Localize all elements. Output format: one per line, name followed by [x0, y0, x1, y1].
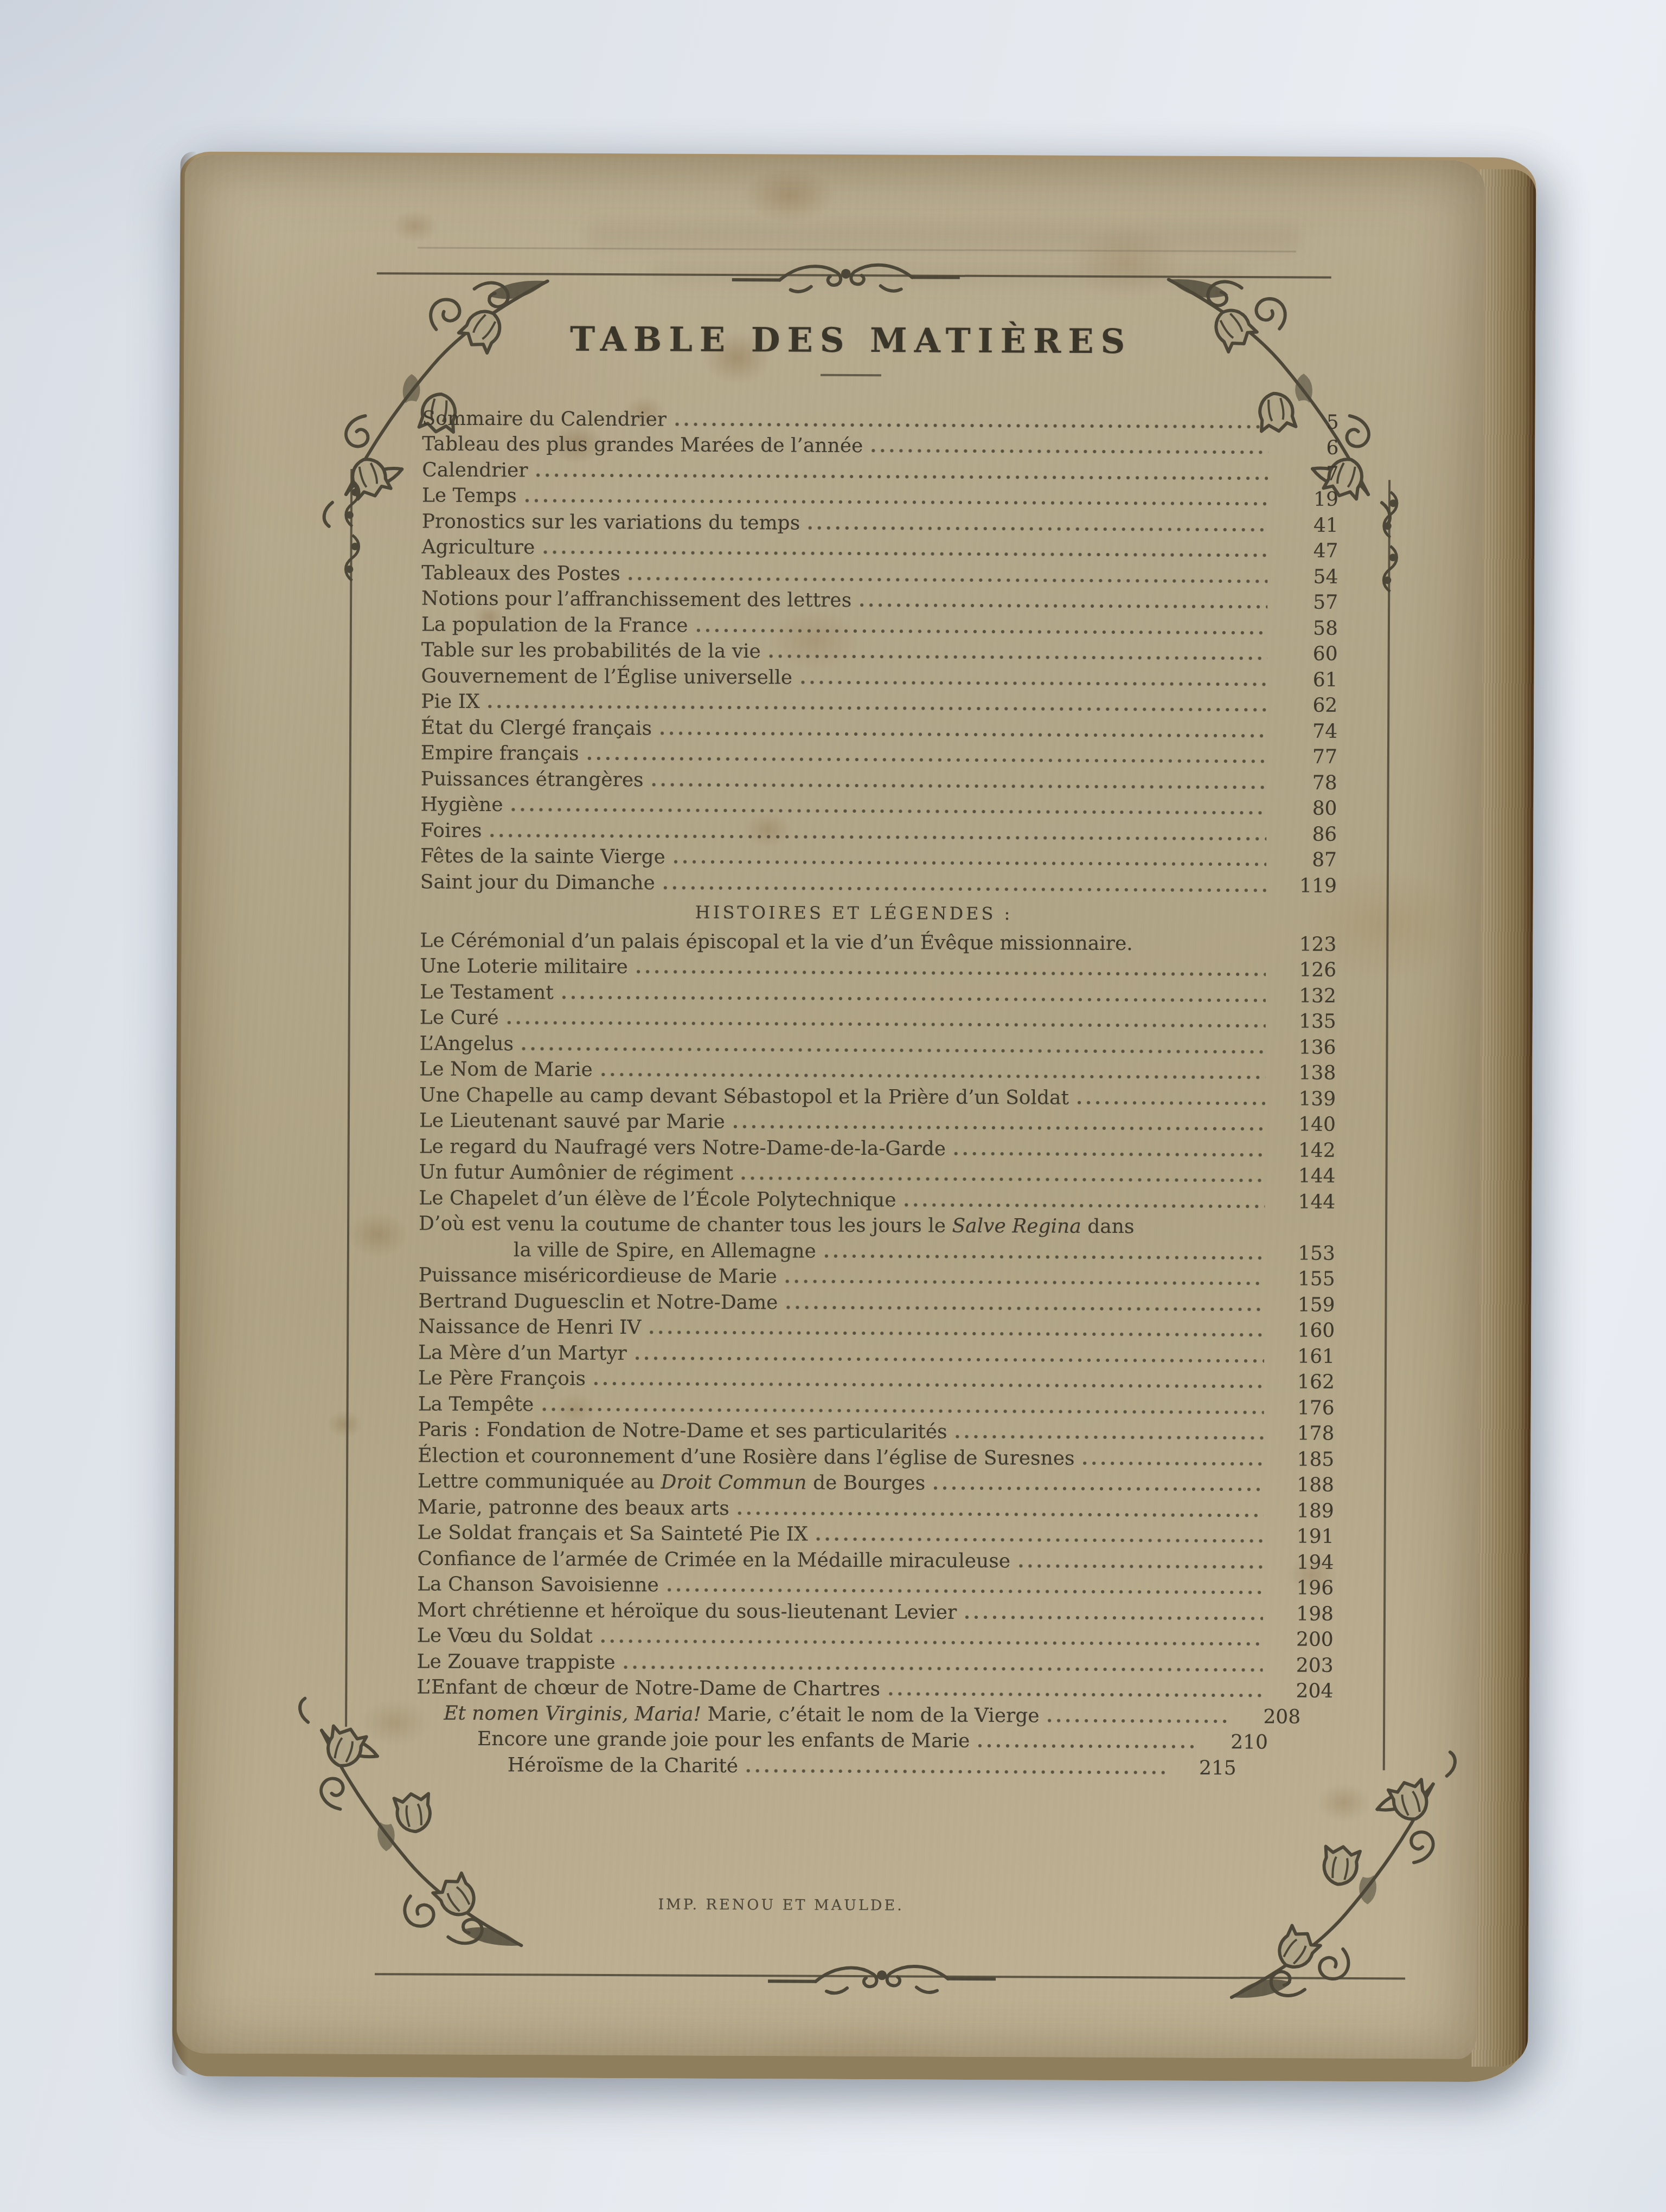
- page-number: 200: [1270, 1630, 1334, 1651]
- dot-leader: [858, 602, 1267, 609]
- entry-label: Naissance de Henri IV: [418, 1317, 641, 1339]
- dot-leader: [1017, 1563, 1263, 1570]
- entry-label: Et nomen Virginis, Maria! Marie, c’était…: [444, 1703, 1040, 1727]
- entry-label: Gouvernement de l’Église universelle: [421, 666, 792, 689]
- page-number: 139: [1272, 1089, 1336, 1110]
- page-number: 41: [1274, 515, 1338, 536]
- dot-leader: [505, 1020, 1266, 1028]
- entry-label: Hygiène: [420, 795, 503, 816]
- entry-label: Puissance miséricordieuse de Marie: [419, 1265, 777, 1288]
- chain-ornament-icon: [1379, 492, 1402, 544]
- dot-leader: [662, 885, 1266, 893]
- book-page: TABLE DES MATIÈRES Sommaire du Calendrie…: [176, 155, 1484, 2059]
- entry-label: Le Nom de Marie: [419, 1059, 593, 1081]
- toc-entry: Agriculture 47: [421, 532, 1338, 562]
- entry-label: Saint jour du Dimanche: [420, 872, 655, 894]
- dot-leader: [869, 448, 1268, 455]
- toc-entry: Lettre communiquée au Droit Commun de Bo…: [418, 1467, 1334, 1496]
- toc-entry: Le Vœu du Soldat 200: [417, 1621, 1334, 1651]
- page-number: 159: [1271, 1295, 1335, 1316]
- entry-label: Le Cérémonial d’un palais épiscopal et l…: [420, 930, 1133, 955]
- page-number: 6: [1274, 438, 1338, 459]
- dot-leader: [1046, 1718, 1231, 1724]
- entry-label: Table sur les probabilités de la vie: [421, 640, 761, 663]
- page-number: 132: [1272, 986, 1336, 1007]
- toc-entry: Mort chrétienne et héroïque du sous-lieu…: [417, 1596, 1334, 1625]
- toc-entry: L’Enfant de chœur de Notre-Dame de Chart…: [416, 1673, 1333, 1702]
- dot-leader: [520, 1046, 1266, 1054]
- entry-label: Encore une grande joie pour les enfants …: [477, 1729, 970, 1752]
- page-number: 54: [1274, 567, 1338, 588]
- toc-entry: Une Loterie militaire 126: [420, 951, 1336, 981]
- dot-leader: [784, 1278, 1265, 1286]
- entry-label: Marie, patronne des beaux arts: [418, 1497, 729, 1519]
- dot-leader: [648, 1329, 1264, 1338]
- frame-rule: [1383, 480, 1391, 1770]
- page-number: 62: [1273, 695, 1337, 716]
- entry-label: Mort chrétienne et héroïque du sous-lieu…: [417, 1600, 957, 1623]
- entry-label: Fêtes de la sainte Vierge: [420, 846, 665, 869]
- page-number: 80: [1273, 798, 1337, 819]
- page-number: 86: [1273, 824, 1337, 845]
- dot-leader: [488, 833, 1266, 841]
- page-number: 162: [1271, 1372, 1335, 1393]
- entry-label: Le Zouave trappiste: [417, 1651, 616, 1673]
- dot-leader: [954, 1434, 1264, 1441]
- title-divider: [821, 374, 881, 376]
- toc-entry: L’Angelus 136: [419, 1029, 1336, 1059]
- dot-leader: [1081, 1460, 1264, 1466]
- toc-entry: La Mère d’un Martyr 161: [418, 1338, 1335, 1368]
- dot-leader: [635, 969, 1266, 977]
- entry-label: Puissances étrangères: [421, 769, 644, 791]
- frame-rule: [345, 469, 353, 1727]
- page-number: 208: [1236, 1707, 1300, 1728]
- toc-entry: Le Curé 135: [420, 1003, 1336, 1033]
- toc-entry: Puissances étrangères 78: [421, 764, 1337, 794]
- entry-label: Le Temps: [422, 486, 517, 507]
- toc-entry: Le Testament 132: [420, 978, 1336, 1007]
- page-number: 153: [1271, 1243, 1335, 1264]
- page-number: 138: [1272, 1063, 1336, 1084]
- entry-label: Pronostics sur les variations du temps: [422, 511, 800, 534]
- page-number: 7: [1274, 464, 1338, 485]
- page-number: 144: [1271, 1166, 1335, 1187]
- page-number: 194: [1270, 1552, 1334, 1573]
- dot-leader: [732, 1124, 1265, 1131]
- entry-label: Paris : Fondation de Notre-Dame et ses p…: [418, 1420, 947, 1443]
- dot-leader: [799, 679, 1267, 687]
- entry-label: Élection et couronnement d’une Rosière d…: [418, 1445, 1074, 1469]
- toc-entry: Pronostics sur les variations du temps 4…: [422, 507, 1338, 537]
- page-number: 19: [1274, 489, 1338, 510]
- dot-leader: [622, 1664, 1263, 1673]
- entry-label: Bertrand Duguesclin et Notre-Dame: [418, 1291, 778, 1314]
- page-number: 5: [1275, 412, 1339, 433]
- page-number: 119: [1273, 876, 1337, 897]
- entry-label: la ville de Spire, en Allemagne: [514, 1240, 816, 1262]
- toc-entry: La Chanson Savoisienne 196: [417, 1570, 1334, 1599]
- page-number: 210: [1204, 1732, 1268, 1753]
- toc-entry: Table sur les probabilités de la vie 60: [421, 635, 1338, 665]
- entry-label: D’où est venu la coutume de chanter tous…: [419, 1214, 1134, 1238]
- dot-leader: [823, 1253, 1265, 1261]
- toc-entry: La Tempête 176: [418, 1390, 1335, 1419]
- toc-entry: Sommaire du Calendrier 5: [422, 404, 1339, 434]
- photo-background: TABLE DES MATIÈRES Sommaire du Calendrie…: [0, 0, 1666, 2212]
- page-number: 176: [1271, 1398, 1335, 1419]
- page-number: 126: [1272, 960, 1336, 981]
- toc-entry: D’où est venu la coutume de chanter tous…: [419, 1209, 1335, 1239]
- chain-ornament-icon: [1378, 546, 1402, 598]
- page-number: 144: [1271, 1192, 1335, 1213]
- entry-label: Le Testament: [420, 982, 554, 1004]
- toc-entry: Le Temps 19: [422, 481, 1338, 511]
- page-number: 87: [1273, 850, 1337, 871]
- dot-leader: [745, 1768, 1166, 1775]
- entry-label: Tableau des plus grandes Marées de l’ann…: [422, 434, 863, 457]
- toc-entry: Bertrand Duguesclin et Notre-Dame 159: [418, 1287, 1335, 1316]
- toc-entry: Héroïsme de la Charité 215: [416, 1750, 1333, 1780]
- toc-entry: Le Père François 162: [418, 1364, 1335, 1393]
- entry-label: La Mère d’un Martyr: [418, 1342, 627, 1365]
- page-number: 136: [1272, 1037, 1336, 1058]
- toc-entry: Le regard du Naufragé vers Notre-Dame-de…: [419, 1132, 1336, 1162]
- page-number: 135: [1272, 1012, 1336, 1033]
- entry-label: L’Enfant de chœur de Notre-Dame de Chart…: [416, 1677, 880, 1701]
- page-number: 77: [1273, 747, 1337, 768]
- entry-label: État du Clergé français: [421, 717, 652, 740]
- dot-leader: [523, 498, 1268, 506]
- toc-entry: Paris : Fondation de Notre-Dame et ses p…: [418, 1415, 1334, 1445]
- toc-entry: Le Nom de Marie 138: [419, 1054, 1336, 1084]
- entry-label: Lettre communiquée au Droit Commun de Bo…: [418, 1471, 925, 1495]
- page-number: 140: [1272, 1115, 1336, 1136]
- dot-leader: [534, 472, 1268, 481]
- dot-leader: [740, 1175, 1265, 1183]
- entry-label: Une Loterie militaire: [420, 956, 628, 979]
- chain-ornament-icon: [341, 481, 364, 533]
- dot-leader: [541, 549, 1267, 558]
- toc-entry: Et nomen Virginis, Maria! Marie, c’était…: [416, 1699, 1333, 1728]
- entry-label: Le Vœu du Soldat: [417, 1626, 593, 1648]
- toc-entry: État du Clergé français 74: [421, 713, 1337, 743]
- entry-label: Calendrier: [422, 460, 528, 481]
- entry-label: Sommaire du Calendrier: [422, 408, 667, 430]
- toc-list: Sommaire du Calendrier 5 Tableau des plu…: [416, 404, 1339, 1780]
- entry-label: Le Curé: [420, 1008, 499, 1030]
- page-number: 155: [1271, 1269, 1335, 1290]
- toc-entry: Le Soldat français et Sa Sainteté Pie IX…: [418, 1518, 1334, 1548]
- toc-entry: Encore une grande joie pour les enfants …: [416, 1724, 1333, 1754]
- dot-leader: [672, 859, 1266, 867]
- page-number: 189: [1270, 1501, 1334, 1522]
- entry-label: Le Soldat français et Sa Sainteté Pie IX: [418, 1523, 808, 1546]
- dot-leader: [599, 1072, 1265, 1080]
- dot-leader: [560, 994, 1266, 1003]
- dot-leader: [932, 1486, 1264, 1493]
- page-number: 160: [1271, 1321, 1335, 1342]
- dot-leader: [767, 653, 1267, 661]
- entry-label: La population de la France: [421, 614, 688, 636]
- entry-label: Notions pour l’affranchissement des lett…: [421, 589, 851, 612]
- dot-leader: [627, 576, 1268, 584]
- dot-leader: [540, 1406, 1264, 1415]
- toc-entry: La population de la France 58: [421, 610, 1338, 640]
- toc-content: TABLE DES MATIÈRES Sommaire du Calendrie…: [416, 319, 1340, 1780]
- toc-entry: Naissance de Henri IV 160: [418, 1312, 1335, 1342]
- dot-leader: [815, 1536, 1264, 1544]
- toc-entry: Gouvernement de l’Église universelle 61: [421, 661, 1337, 691]
- page-number: 161: [1271, 1346, 1335, 1367]
- entry-label: Héroïsme de la Charité: [508, 1755, 739, 1777]
- page-number: 74: [1273, 721, 1337, 742]
- dot-leader: [486, 704, 1267, 712]
- dot-leader: [658, 730, 1267, 738]
- page-number: 215: [1172, 1758, 1236, 1779]
- entry-label: Confiance de l’armée de Crimée en la Méd…: [417, 1548, 1010, 1572]
- dot-leader: [592, 1381, 1264, 1389]
- entry-label: La Chanson Savoisienne: [417, 1574, 659, 1597]
- page-number: 60: [1274, 644, 1338, 665]
- page-number: 191: [1270, 1527, 1334, 1548]
- toc-entry: Fêtes de la sainte Vierge 87: [420, 841, 1337, 871]
- entry-label: Le Chapelet d’un élève de l’École Polyte…: [419, 1188, 896, 1211]
- toc-entry: Élection et couronnement d’une Rosière d…: [418, 1441, 1334, 1471]
- page-number: 57: [1274, 592, 1338, 613]
- toc-entry: Marie, patronne des beaux arts 189: [418, 1493, 1334, 1522]
- dot-leader: [952, 1150, 1265, 1158]
- entry-label: Pie IX: [421, 692, 480, 713]
- dot-leader: [976, 1743, 1197, 1750]
- dot-leader: [650, 782, 1267, 790]
- entry-label: Le regard du Naufragé vers Notre-Dame-de…: [419, 1136, 946, 1160]
- page-number: 47: [1274, 541, 1338, 562]
- page-title: TABLE DES MATIÈRES: [393, 318, 1309, 362]
- page-number: 188: [1270, 1475, 1334, 1496]
- dot-leader: [633, 1355, 1264, 1364]
- entry-label: L’Angelus: [419, 1033, 514, 1055]
- page-number: 198: [1270, 1604, 1334, 1625]
- toc-entry: Saint jour du Dimanche 119: [420, 867, 1337, 897]
- bellflower-ornament-icon: [1223, 1748, 1479, 2031]
- toc-entry: Confiance de l’armée de Crimée en la Méd…: [417, 1544, 1334, 1574]
- scroll-ornament-icon: [732, 255, 960, 299]
- page-number: 142: [1272, 1140, 1336, 1161]
- page-number: 185: [1270, 1449, 1334, 1470]
- dot-leader: [673, 421, 1268, 429]
- page-number: 196: [1270, 1578, 1334, 1599]
- page-number: 178: [1270, 1424, 1334, 1445]
- toc-entry: Puissance miséricordieuse de Marie 155: [419, 1261, 1335, 1290]
- entry-label: Le Lieutenant sauvé par Marie: [419, 1111, 725, 1133]
- toc-entry: Tableaux des Postes 54: [421, 558, 1338, 588]
- dot-leader: [665, 1587, 1263, 1596]
- section-heading: HISTOIRES ET LÉGENDES :: [396, 902, 1312, 924]
- page-number: 58: [1274, 618, 1338, 639]
- toc-entry: Pie IX 62: [421, 687, 1337, 717]
- page-number: 203: [1270, 1655, 1334, 1676]
- chain-ornament-icon: [340, 535, 364, 587]
- page-number: 78: [1273, 773, 1337, 794]
- toc-entry: Une Chapelle au camp devant Sébastopol e…: [419, 1081, 1336, 1110]
- dot-leader: [1075, 1099, 1265, 1106]
- toc-entry: Empire français 77: [421, 738, 1337, 768]
- page-number: 123: [1272, 934, 1336, 955]
- toc-entry: Le Lieutenant sauvé par Marie 140: [419, 1106, 1336, 1136]
- dot-leader: [902, 1202, 1265, 1209]
- toc-entry: la ville de Spire, en Allemagne 153: [419, 1235, 1335, 1265]
- entry-label: Empire français: [421, 743, 579, 765]
- dot-leader: [806, 525, 1268, 532]
- entry-label: Le Père François: [418, 1368, 586, 1390]
- dot-leader: [510, 807, 1267, 815]
- dot-leader: [736, 1510, 1264, 1518]
- scroll-ornament-icon: [768, 1956, 996, 2001]
- toc-entry: Le Cérémonial d’un palais épiscopal et l…: [420, 926, 1336, 956]
- dot-leader: [599, 1638, 1263, 1647]
- toc-entry: Hygiène 80: [420, 790, 1337, 820]
- toc-entry: Le Zouave trappiste 203: [417, 1647, 1334, 1677]
- toc-entry: Le Chapelet d’un élève de l’École Polyte…: [419, 1184, 1335, 1213]
- page-number: 204: [1269, 1681, 1333, 1702]
- toc-entry: Calendrier 7: [422, 455, 1338, 485]
- entry-label: Un futur Aumônier de régiment: [419, 1162, 733, 1185]
- entry-label: Agriculture: [421, 537, 535, 559]
- entry-label: Foires: [420, 820, 482, 841]
- toc-entry: Foires 86: [420, 816, 1337, 846]
- entry-label: La Tempête: [418, 1394, 534, 1416]
- dot-leader: [784, 1304, 1264, 1312]
- dot-leader: [586, 756, 1267, 764]
- toc-entry: Notions pour l’affranchissement des lett…: [421, 584, 1338, 614]
- entry-label: Tableaux des Postes: [421, 563, 620, 584]
- entry-label: Une Chapelle au camp devant Sébastopol e…: [419, 1085, 1069, 1109]
- book: TABLE DES MATIÈRES Sommaire du Calendrie…: [172, 152, 1536, 2082]
- page-number: 61: [1273, 670, 1337, 691]
- dot-leader: [887, 1691, 1263, 1698]
- toc-entry: Tableau des plus grandes Marées de l’ann…: [422, 429, 1338, 459]
- dot-leader: [963, 1614, 1263, 1621]
- dot-leader: [694, 627, 1267, 635]
- toc-entry: Un futur Aumônier de régiment 144: [419, 1158, 1335, 1187]
